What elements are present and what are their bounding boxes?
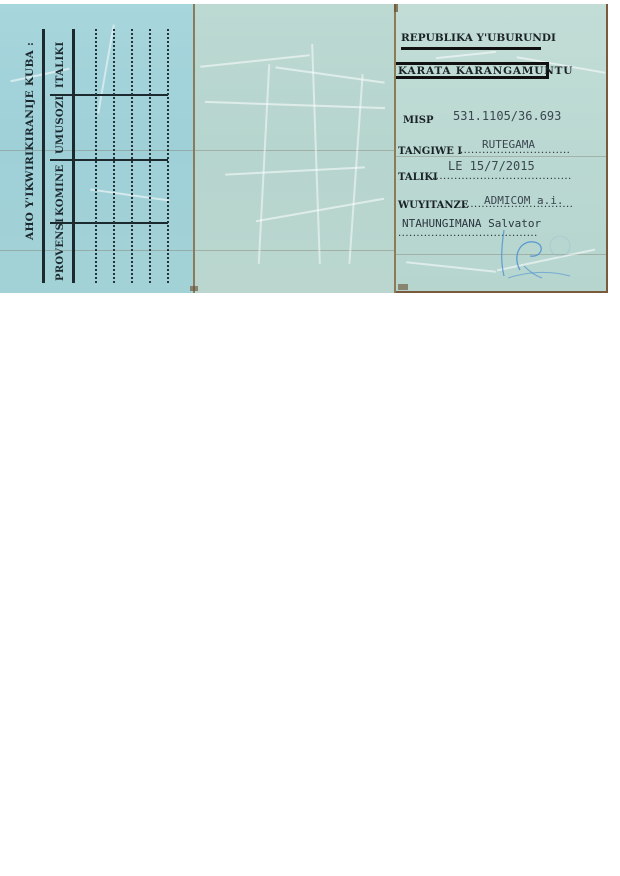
column-header-provensi: PROVENSI [55,218,66,281]
fold-line [195,250,394,251]
crease [406,261,496,272]
middle-panel-blank [195,4,396,293]
entry-line-5 [167,29,169,283]
entry-line-2 [113,29,115,283]
column-header-italiki: ITALIKI [55,41,66,88]
country-underline [401,47,541,50]
residence-heading: AHO Y'IKWIRIKIRANIJE KUBA : [24,42,36,240]
misp-value: 531.1105/36.693 [453,109,561,123]
crease [256,198,384,223]
column-header-komine: KOMINE [55,165,66,216]
card-title: KARATA KARANGAMUNTU [398,65,573,77]
left-panel-residence-table: AHO Y'IKWIRIKIRANIJE KUBA : PROVENSI KOM… [0,4,195,293]
signature-mark [490,226,580,286]
crease [90,188,169,201]
entry-line-4 [149,29,151,283]
issuer-label: WUYITANZE [398,200,468,211]
fold-line [195,150,394,151]
crease [205,101,385,109]
crease [225,166,365,175]
column-header-umusozi: UMUSOZI [55,95,66,154]
issuer-value: ADMICOM a.i. [484,194,563,207]
crease [258,64,270,264]
entry-line-3 [131,29,133,283]
edge-stain [190,286,198,291]
misp-label: MISP [403,115,434,126]
table-border-header [72,29,75,283]
edge-stain [394,4,398,12]
table-border-left [42,29,45,283]
date-dots: ...................................... [432,171,574,182]
issued-at-value: RUTEGAMA [482,138,535,151]
crease [200,54,310,67]
crease [275,66,384,83]
entry-line-1 [95,29,97,283]
crease [311,44,321,264]
issued-at-label: TANGIWE I [398,146,462,157]
country-name: REPUBLIKA Y'UBURUNDI [401,32,556,44]
edge-stain [398,284,408,290]
scanned-page: AHO Y'IKWIRIKIRANIJE KUBA : PROVENSI KOM… [0,0,620,876]
crease [436,51,496,59]
id-card: AHO Y'IKWIRIKIRANIJE KUBA : PROVENSI KOM… [0,4,608,293]
